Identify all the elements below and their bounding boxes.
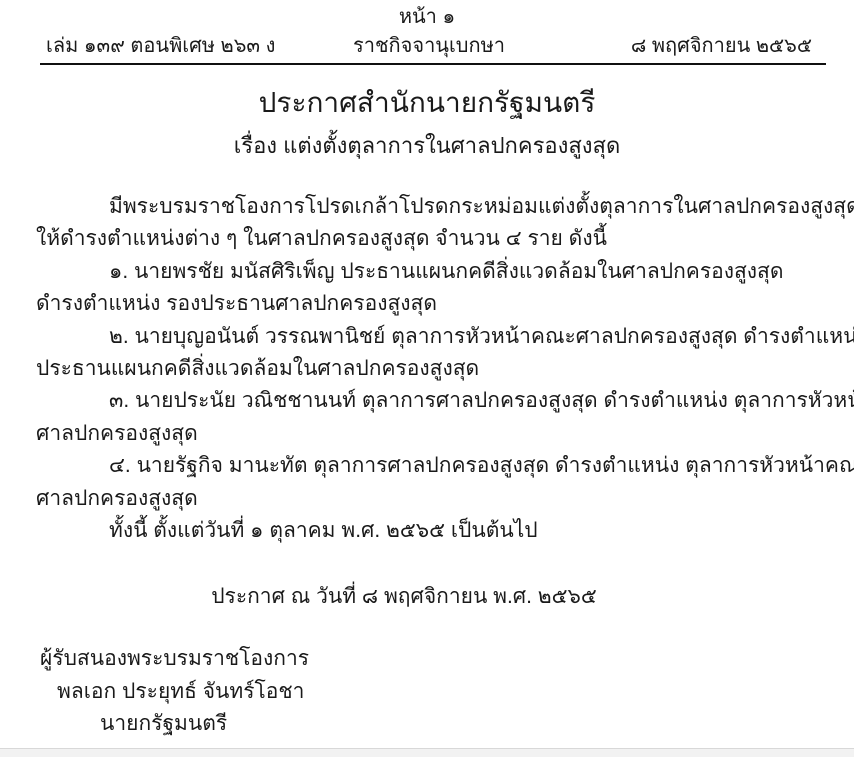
page-bottom-edge [0, 748, 854, 757]
header-divider [40, 63, 826, 65]
document-title: ประกาศสำนักนายกรัฐมนตรี [0, 83, 854, 123]
gazette-page: หน้า ๑ เล่ม ๑๓๙ ตอนพิเศษ ๒๖๓ ง ราชกิจจาน… [0, 0, 854, 757]
gazette-name-label: ราชกิจจานุเบกษา [353, 32, 505, 60]
appointment-item-1-line: ดำรงตำแหน่ง รองประธานศาลปกครองสูงสุด [36, 288, 824, 320]
intro-paragraph-line: ให้ดำรงตำแหน่งต่าง ๆ ในศาลปกครองสูงสุด จ… [36, 223, 824, 255]
appointment-item-3-line: ๓. นายประนัย วณิชชานนท์ ตุลาการศาลปกครอง… [36, 385, 824, 417]
appointment-item-1-line: ๑. นายพรชัย มนัสศิริเพ็ญ ประธานแผนกคดีสิ… [36, 256, 824, 288]
intro-paragraph-line: มีพระบรมราชโองการโปรดเกล้าโปรดกระหม่อมแต… [36, 191, 824, 223]
gazette-header-row: เล่ม ๑๓๙ ตอนพิเศษ ๒๖๓ ง ราชกิจจานุเบกษา … [0, 32, 854, 60]
appointment-item-2-line: ประธานแผนกคดีสิ่งแวดล้อมในศาลปกครองสูงสุ… [36, 353, 824, 385]
appointment-item-4-line: ศาลปกครองสูงสุด [36, 483, 824, 515]
appointment-item-2-line: ๒. นายบุญอนันต์ วรรณพานิชย์ ตุลาการหัวหน… [36, 321, 824, 353]
signatory-position: นายกรัฐมนตรี [0, 708, 854, 741]
document-body: มีพระบรมราชโองการโปรดเกล้าโปรดกระหม่อมแต… [0, 191, 854, 547]
announcement-date-line: ประกาศ ณ วันที่ ๘ พฤศจิกายน พ.ศ. ๒๕๖๕ [0, 580, 854, 613]
appointment-item-4-line: ๔. นายรัฐกิจ มานะทัต ตุลาการศาลปกครองสูง… [36, 450, 824, 482]
signature-block: ผู้รับสนองพระบรมราชโองการ พลเอก ประยุทธ์… [0, 643, 854, 741]
document-subject: เรื่อง แต่งตั้งตุลาการในศาลปกครองสูงสุด [0, 129, 854, 162]
publication-date-label: ๘ พฤศจิกายน ๒๕๖๕ [505, 32, 812, 60]
page-number-label: หน้า ๑ [0, 2, 854, 32]
appointment-item-3-line: ศาลปกครองสูงสุด [36, 418, 824, 450]
signatory-name: พลเอก ประยุทธ์ จันทร์โอชา [0, 676, 854, 709]
effective-date-line: ทั้งนี้ ตั้งแต่วันที่ ๑ ตุลาคม พ.ศ. ๒๕๖๕… [36, 515, 824, 547]
volume-issue-label: เล่ม ๑๓๙ ตอนพิเศษ ๒๖๓ ง [46, 32, 353, 60]
countersignature-label: ผู้รับสนองพระบรมราชโองการ [0, 643, 854, 676]
